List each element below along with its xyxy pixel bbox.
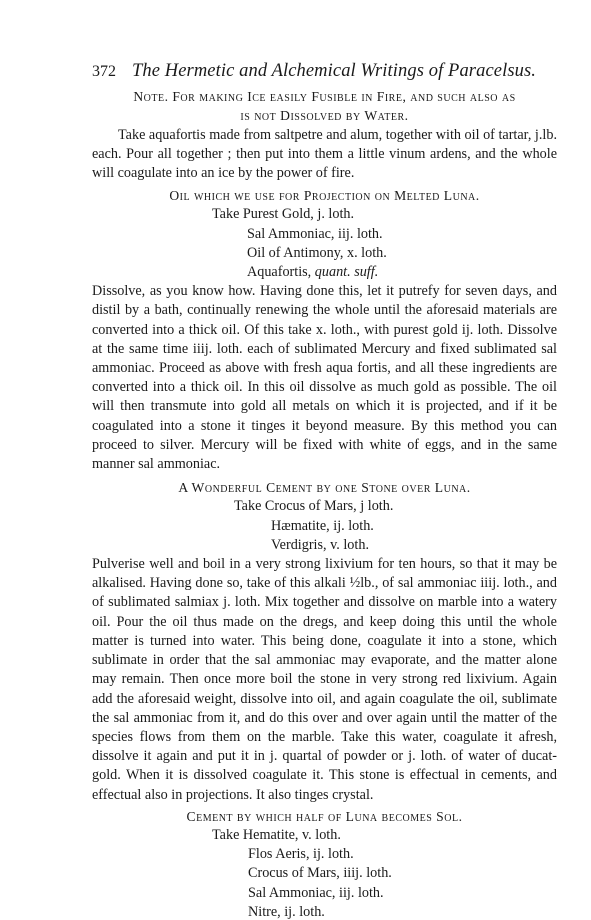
recipe-item: Crocus of Mars, iiij. loth. (212, 864, 557, 883)
paragraph-oil: Dissolve, as you know how. Having done t… (92, 282, 557, 474)
recipe-item: Nitre, ij. loth. (212, 903, 557, 920)
recipe-item: Oil of Antimony, x. loth. (212, 244, 557, 263)
section-heading-cement-luna: A Wonderful Cement by one Stone over Lun… (92, 478, 557, 497)
recipe-item: Verdigris, v. loth. (234, 536, 557, 555)
recipe-list-cement: Take Crocus of Mars, j loth. Hæmatite, i… (234, 497, 557, 555)
running-title: The Hermetic and Alchemical Writings of … (132, 62, 536, 81)
recipe-item: Sal Ammoniac, iij. loth. (212, 884, 557, 903)
recipe-item: Flos Aeris, ij. loth. (212, 845, 557, 864)
recipe-take: Take Hematite, v. loth. (212, 826, 557, 845)
recipe-item: Hæmatite, ij. loth. (234, 517, 557, 536)
heading-line: is not Dissolved by Water. (92, 106, 557, 125)
paragraph-cement-luna: Pulverise well and boil in a very strong… (92, 555, 557, 805)
section-heading-oil: Oil which we use for Projection on Melte… (92, 186, 557, 205)
recipe-list-sol: Take Hematite, v. loth. Flos Aeris, ij. … (212, 826, 557, 920)
book-page: 372 The Hermetic and Alchemical Writings… (92, 62, 557, 920)
section-heading-cement-sol: Cement by which half of Luna becomes Sol… (92, 807, 557, 826)
recipe-item: Aquafortis, quant. suff. (212, 263, 557, 282)
recipe-item-text: Aquafortis, (247, 264, 315, 280)
heading-line: Note. For making Ice easily Fusible in F… (92, 87, 557, 106)
recipe-take: Take Crocus of Mars, j loth. (234, 497, 557, 516)
page-number: 372 (92, 62, 132, 81)
recipe-item-quantity: quant. suff. (315, 264, 378, 280)
recipe-take: Take Purest Gold, j. loth. (212, 205, 557, 224)
recipe-list-oil: Take Purest Gold, j. loth. Sal Ammoniac,… (212, 205, 557, 282)
paragraph-ice: Take aquafortis made from saltpetre and … (92, 126, 557, 184)
recipe-item: Sal Ammoniac, iij. loth. (212, 225, 557, 244)
section-heading-ice: Note. For making Ice easily Fusible in F… (92, 87, 557, 125)
running-header: 372 The Hermetic and Alchemical Writings… (92, 62, 557, 81)
